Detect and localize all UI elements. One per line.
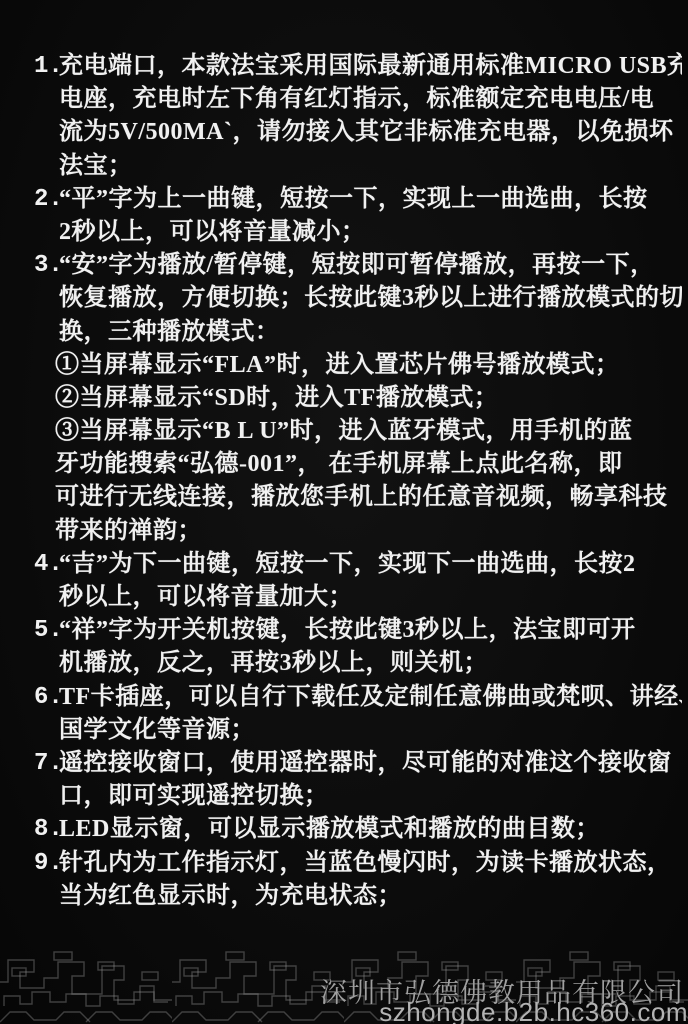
instruction-line: “祥”字为开关机按键，长按此键3秒以上，法宝即可开 [59,614,682,647]
instruction-list: 1.充电端口，本款法宝采用国际最新通用标准MICRO USB充电座，充电时左下角… [34,50,682,913]
instruction-line: 流为5V/500MA`，请勿接入其它非标准充电器，以免损坏 [59,116,682,149]
instruction-line: 国学文化等音源； [59,714,682,747]
footer-website-url: szhongde.b2b.hc360.com [379,997,688,1024]
instruction-item: 3.“安”字为播放/暂停键，短按即可暂停播放，再按一下，恢复播放，方便切换；长按… [34,249,682,349]
item-number: 3. [34,249,59,349]
instruction-line: “安”字为播放/暂停键，短按即可暂停播放，再按一下， [59,249,682,282]
instruction-line: 机播放，反之，再按3秒以上，则关机； [59,647,682,680]
instruction-line: 恢复播放，方便切换；长按此键3秒以上进行播放模式的切 [59,282,682,315]
instruction-line: TF卡插座，可以自行下载任及定制任意佛曲或梵呗、讲经、 [59,681,682,714]
instruction-item: 1.充电端口，本款法宝采用国际最新通用标准MICRO USB充电座，充电时左下角… [34,50,682,183]
item-number: 5. [34,614,59,680]
instruction-item: 2.“平”字为上一曲键，短按一下，实现上一曲选曲，长按2秒以上，可以将音量减小； [34,183,682,249]
instruction-subitem: ①当屏幕显示“FLA”时，进入置芯片佛号播放模式； [34,349,682,382]
item-number: 7. [34,747,59,813]
instruction-line: 换，三种播放模式： [59,316,682,349]
instruction-line: 秒以上，可以将音量加大； [59,581,682,614]
instruction-line: 牙功能搜索“弘德-001”， 在手机屏幕上点此名称，即 [55,448,682,481]
item-number: 2. [34,183,59,249]
instruction-line: 充电端口，本款法宝采用国际最新通用标准MICRO USB充 [59,50,682,83]
instruction-line: 带来的禅韵； [55,515,682,548]
instruction-line: ③当屏幕显示“B L U”时，进入蓝牙模式，用手机的蓝 [55,415,682,448]
item-number: 6. [34,681,59,747]
instruction-subitem: ③当屏幕显示“B L U”时，进入蓝牙模式，用手机的蓝牙功能搜索“弘德-001”… [34,415,682,548]
instruction-subitem: ②当屏幕显示“SD时，进入TF播放模式； [34,382,682,415]
instruction-line: LED显示窗，可以显示播放模式和播放的曲目数； [59,813,682,846]
instruction-line: 当为红色显示时，为充电状态； [59,880,682,913]
instruction-item: 6.TF卡插座，可以自行下载任及定制任意佛曲或梵呗、讲经、国学文化等音源； [34,681,682,747]
instruction-item: 9.针孔内为工作指示灯，当蓝色慢闪时，为读卡播放状态，当为红色显示时，为充电状态… [34,847,682,913]
instruction-item: 8.LED显示窗，可以显示播放模式和播放的曲目数； [34,813,682,846]
item-number: 8. [34,813,59,846]
item-number: 1. [34,50,59,183]
instruction-line: 可进行无线连接，播放您手机上的任意音视频，畅享科技 [55,481,682,514]
instruction-line: 口，即可实现遥控切换； [59,780,682,813]
instruction-line: 法宝； [59,150,682,183]
instruction-sheet: 1.充电端口，本款法宝采用国际最新通用标准MICRO USB充电座，充电时左下角… [0,0,688,1024]
instruction-line: “平”字为上一曲键，短按一下，实现上一曲选曲，长按 [59,183,682,216]
instruction-line: ②当屏幕显示“SD时，进入TF播放模式； [55,382,682,415]
instruction-line: 遥控接收窗口，使用遥控器时，尽可能的对准这个接收窗 [59,747,682,780]
instruction-line: ①当屏幕显示“FLA”时，进入置芯片佛号播放模式； [55,349,682,382]
instruction-item: 5.“祥”字为开关机按键，长按此键3秒以上，法宝即可开机播放，反之，再按3秒以上… [34,614,682,680]
instruction-item: 7.遥控接收窗口，使用遥控器时，尽可能的对准这个接收窗口，即可实现遥控切换； [34,747,682,813]
instruction-item: 4.“吉”为下一曲键，短按一下，实现下一曲选曲，长按2秒以上，可以将音量加大； [34,548,682,614]
instruction-line: “吉”为下一曲键，短按一下，实现下一曲选曲，长按2 [59,548,682,581]
instruction-line: 针孔内为工作指示灯，当蓝色慢闪时，为读卡播放状态， [59,847,682,880]
instruction-line: 电座，充电时左下角有红灯指示，标准额定充电电压/电 [59,83,682,116]
instruction-line: 2秒以上，可以将音量减小； [59,216,682,249]
item-number: 9. [34,847,59,913]
item-number: 4. [34,548,59,614]
